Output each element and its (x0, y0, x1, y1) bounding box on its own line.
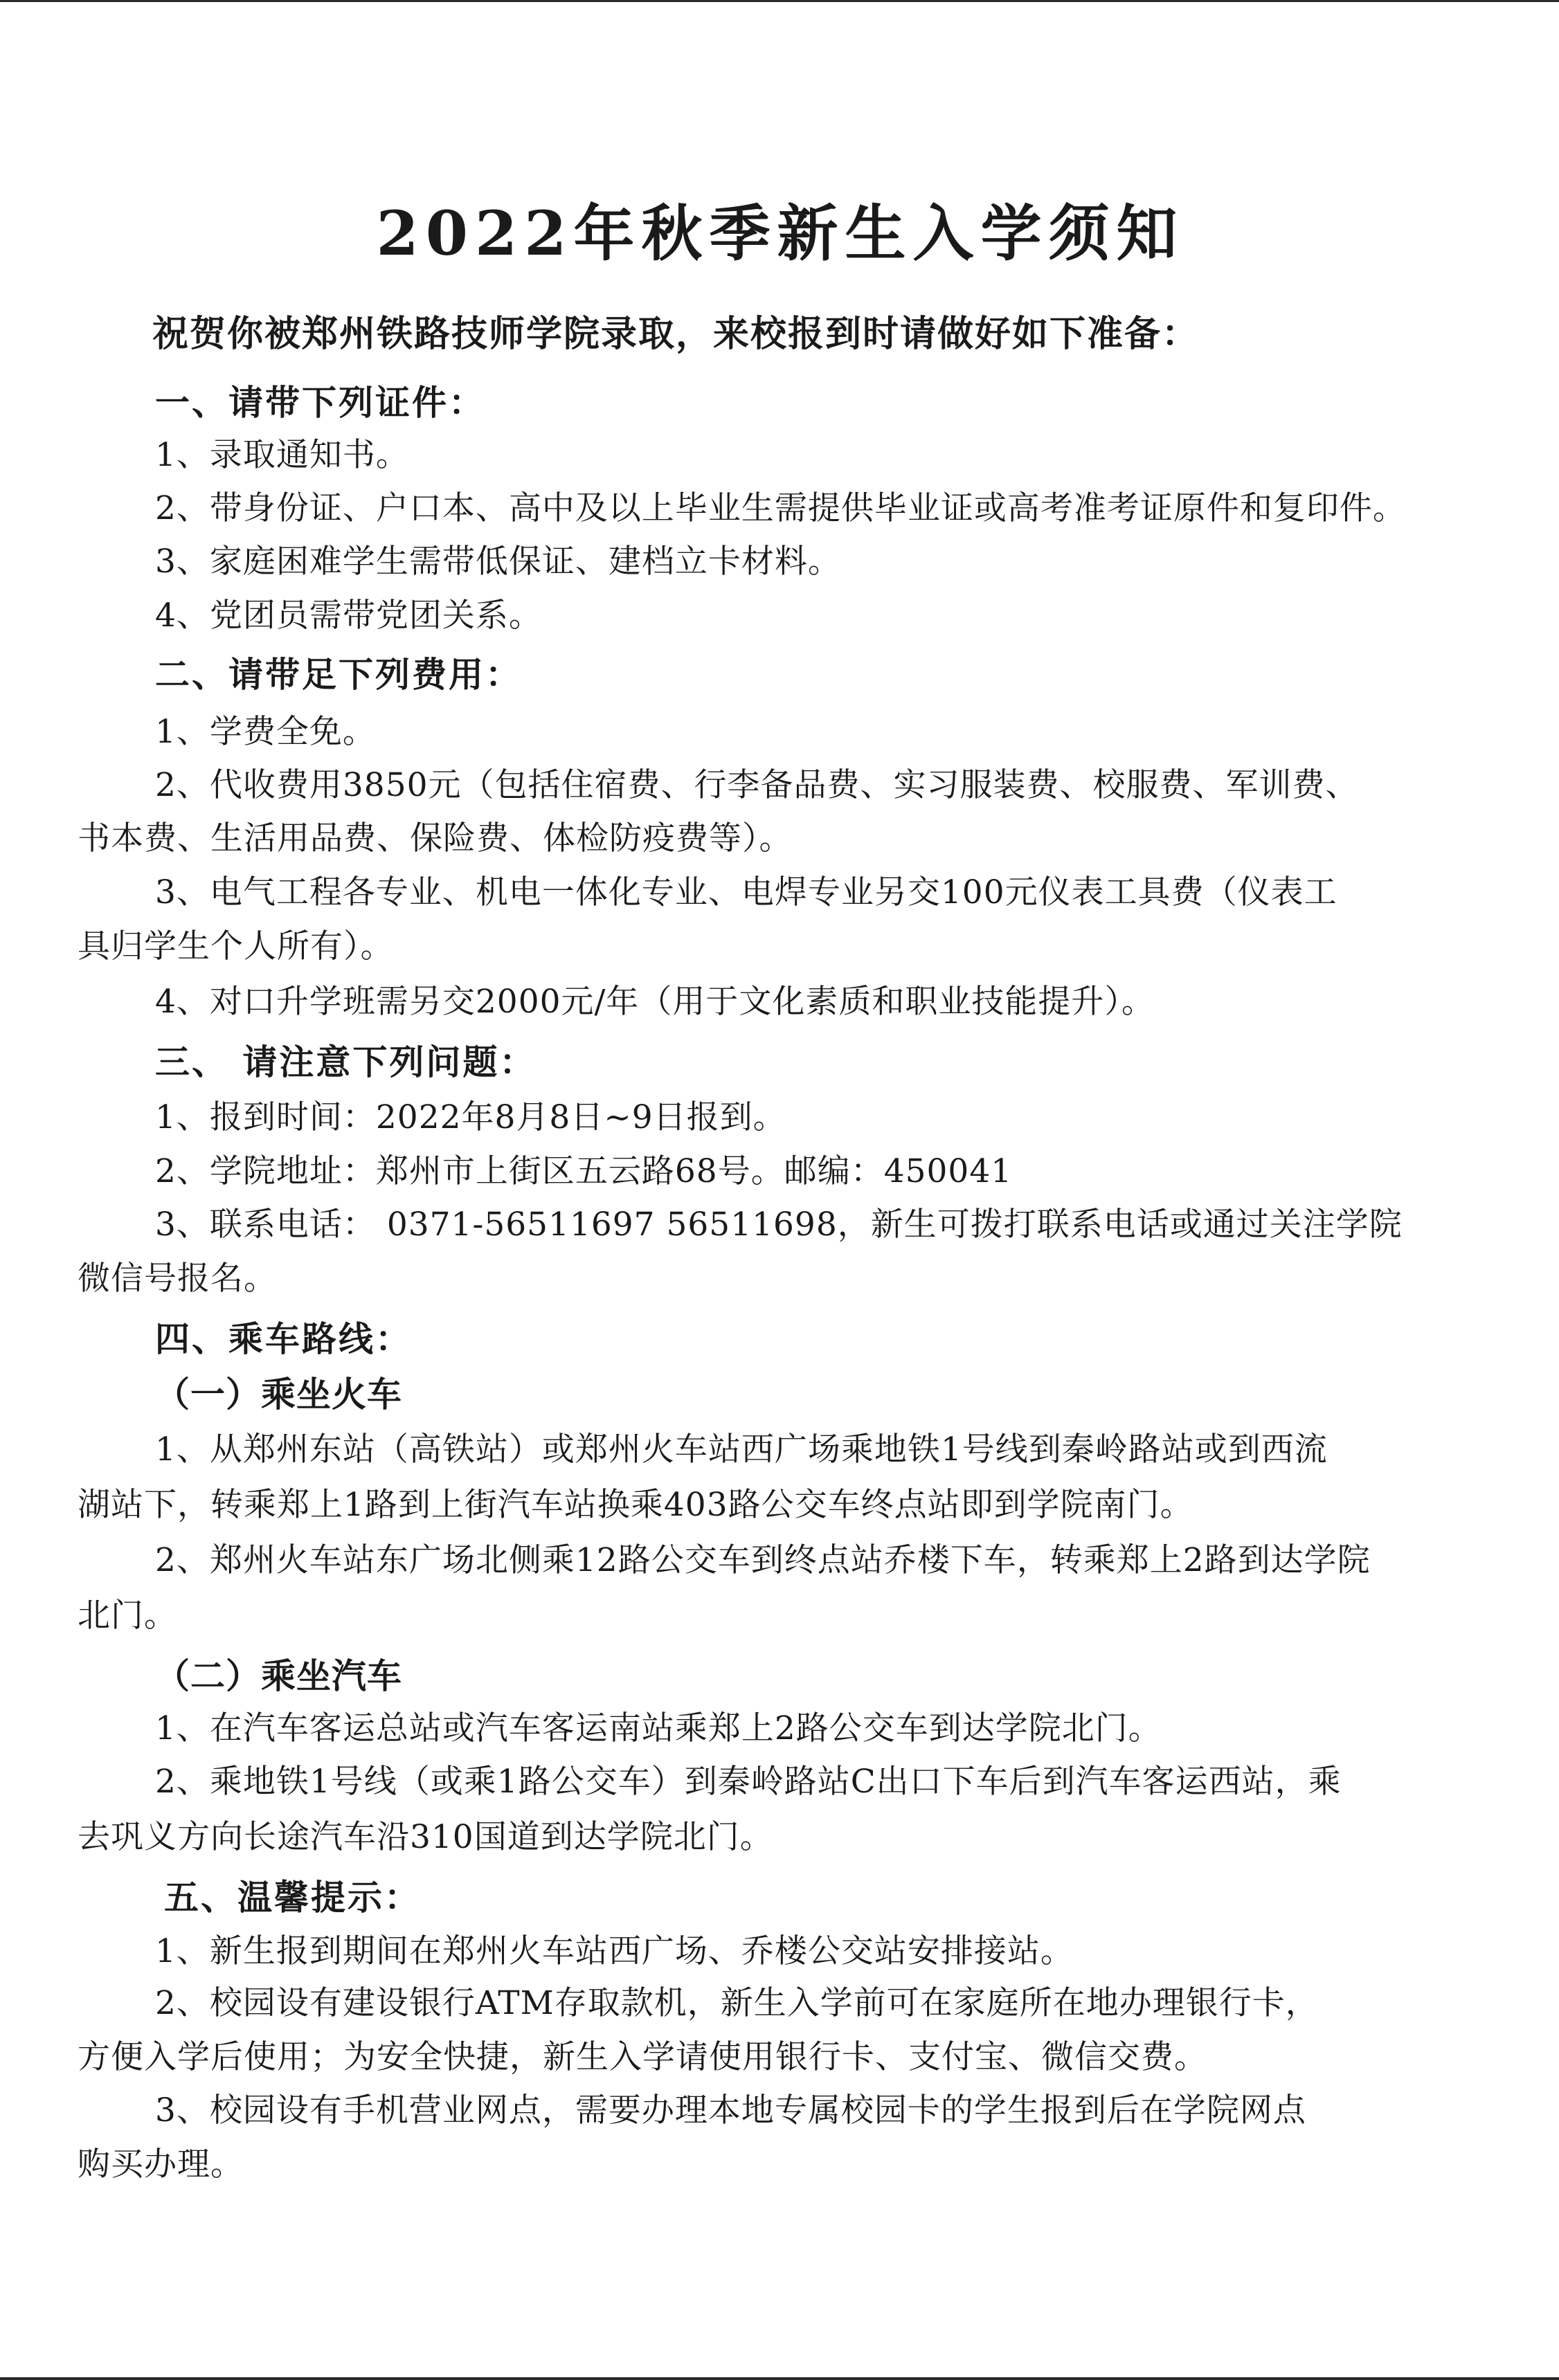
intro-text: 祝贺你被郑州铁路技师学院录取，来校报到时请做好如下准备： (152, 305, 1509, 356)
bottom-border (0, 2377, 1559, 2380)
list-item: 1、在汽车客运总站或汽车客运南站乘郑上2路公交车到达学院北门。 (155, 1708, 1162, 1750)
list-item: 2、带身份证、户口本、高中及以上毕业生需提供毕业证或高考准考证原件和复印件。 (155, 488, 1406, 529)
section-heading-routes: 四、乘车路线： (155, 1318, 412, 1360)
list-item: 1、从郑州东站（高铁站）或郑州火车站西广场乘地铁1号线到秦岭路站或到西流 (155, 1429, 1328, 1471)
list-item: 4、对口升学班需另交2000元/年（用于文化素质和职业技能提升）。 (155, 981, 1155, 1023)
list-item: 2、代收费用3850元（包括住宿费、行李备品费、实习服装费、校服费、军训费、 (155, 765, 1359, 806)
list-item: 3、家庭困难学生需带低保证、建档立卡材料。 (155, 541, 841, 583)
list-item: 2、学院地址：郑州市上街区五云路68号。邮编：450041 (155, 1151, 1012, 1192)
section-heading-tips: 五、温馨提示： (164, 1877, 421, 1918)
list-item-continued: 去巩义方向长途汽车沿310国道到达学院北门。 (78, 1817, 773, 1858)
list-item-continued: 湖站下，转乘郑上1路到上街汽车站换乘403路公交车终点站即到学院南门。 (78, 1484, 1193, 1526)
list-item: 1、报到时间：2022年8月8日~9日报到。 (155, 1097, 786, 1138)
list-item: 1、录取通知书。 (155, 435, 409, 476)
list-item-continued: 北门。 (78, 1595, 177, 1637)
list-item: 2、乘地铁1号线（或乘1路公交车）到秦岭路站C出口下车后到汽车客运西站，乘 (155, 1761, 1342, 1803)
list-item: 1、新生报到期间在郑州火车站西广场、乔楼公交站安排接站。 (155, 1931, 1074, 1972)
section-heading-documents: 一、请带下列证件： (155, 382, 485, 424)
subheading-train: （一）乘坐火车 (155, 1374, 402, 1415)
list-item: 1、学费全免。 (155, 711, 376, 753)
subheading-bus: （二）乘坐汽车 (155, 1655, 402, 1697)
section-heading-fees: 二、请带足下列费用： (155, 654, 522, 696)
list-item-continued: 书本费、生活用品费、保险费、体检防疫费等）。 (78, 818, 793, 860)
list-item: 4、党团员需带党团关系。 (155, 595, 542, 637)
list-item-continued: 具归学生个人所有）。 (78, 926, 394, 968)
list-item: 3、联系电话： 0371-56511697 56511698，新生可拨打联系电话… (155, 1204, 1403, 1246)
list-item-continued: 微信号报名。 (78, 1258, 277, 1300)
top-border (0, 0, 1559, 2)
section-heading-notes: 三、 请注意下列问题： (155, 1042, 536, 1083)
list-item: 3、校园设有手机营业网点，需要办理本地专属校园卡的学生报到后在学院网点 (155, 2090, 1306, 2132)
list-item: 2、郑州火车站东广场北侧乘12路公交车到终点站乔楼下车，转乘郑上2路到达学院 (155, 1540, 1371, 1581)
page-title: 2022年秋季新生入学须知 (78, 185, 1483, 273)
list-item-continued: 方便入学后使用；为安全快捷，新生入学请使用银行卡、支付宝、微信交费。 (78, 2037, 1207, 2078)
list-item: 3、电气工程各专业、机电一体化专业、电焊专业另交100元仪表工具费（仪表工 (155, 872, 1337, 914)
list-item-continued: 购买办理。 (78, 2144, 244, 2186)
list-item: 2、校园设有建设银行ATM存取款机，新生入学前可在家庭所在地办理银行卡， (155, 1983, 1319, 2024)
